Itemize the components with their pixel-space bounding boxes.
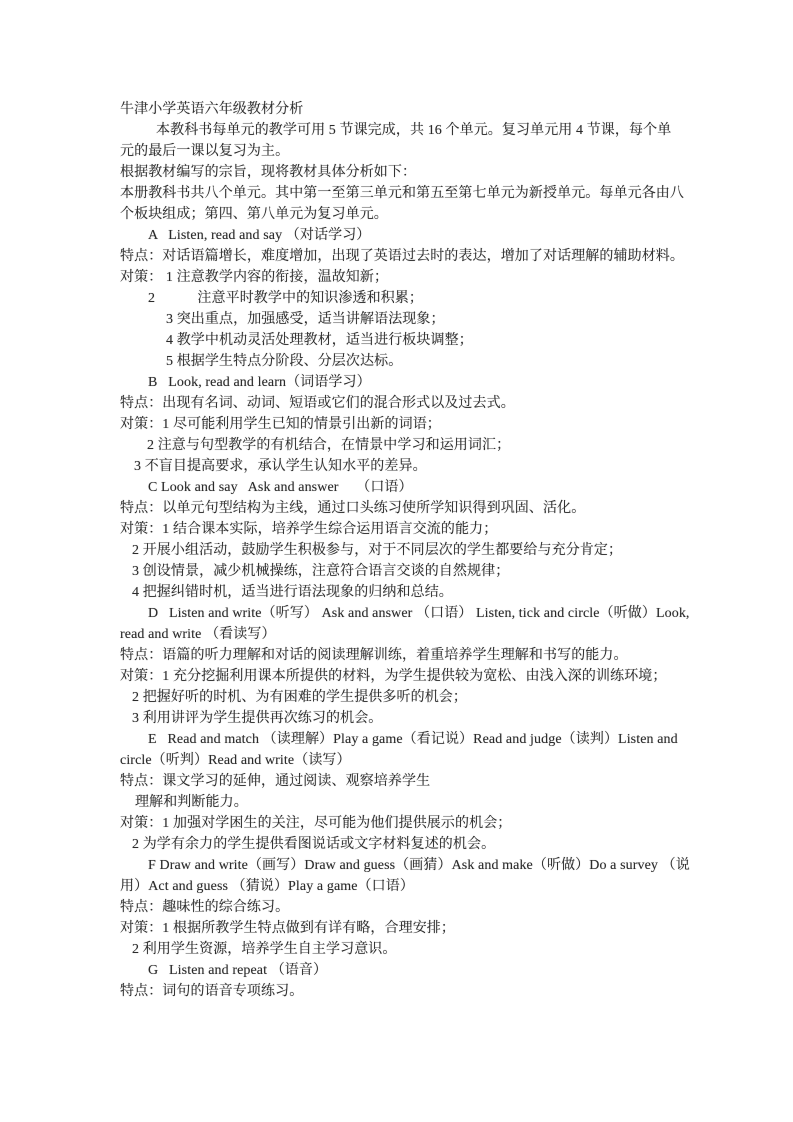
document-line: 特点：出现有名词、动词、短语或它们的混合形式以及过去式。 bbox=[120, 393, 680, 414]
document-line: 2 注意与句型教学的有机结合，在情景中学习和运用词汇； bbox=[120, 435, 680, 456]
document-line: 4 把握纠错时机，适当进行语法现象的归纳和总结。 bbox=[120, 582, 680, 603]
document-line: 5 根据学生特点分阶段、分层次达标。 bbox=[120, 351, 680, 372]
document-line: 3 突出重点，加强感受，适当讲解语法现象； bbox=[120, 309, 680, 330]
document-line: 用）Act and guess （猜说）Play a game（口语） bbox=[120, 876, 680, 897]
document-body: 牛津小学英语六年级教材分析本教科书每单元的教学可用 5 节课完成，共 16 个单… bbox=[120, 99, 680, 1002]
document-line: 对策：1 结合课本实际，培养学生综合运用语言交流的能力； bbox=[120, 519, 680, 540]
document-line: 个板块组成；第四、第八单元为复习单元。 bbox=[120, 204, 680, 225]
document-line: B Look, read and learn（词语学习） bbox=[120, 372, 680, 393]
document-line: 根据教材编写的宗旨，现将教材具体分析如下： bbox=[120, 162, 680, 183]
document-line: 对策：1 充分挖掘利用课本所提供的材料，为学生提供较为宽松、由浅入深的训练环境； bbox=[120, 666, 680, 687]
document-line: 特点：语篇的听力理解和对话的阅读理解训练，着重培养学生理解和书写的能力。 bbox=[120, 645, 680, 666]
document-line: 对策： 1 注意教学内容的衔接，温故知新； bbox=[120, 267, 680, 288]
document-line: G Listen and repeat （语音） bbox=[120, 960, 680, 981]
document-line: 2 为学有余力的学生提供看图说话或文字材料复述的机会。 bbox=[120, 834, 680, 855]
document-line: 对策：1 加强对学困生的关注，尽可能为他们提供展示的机会； bbox=[120, 813, 680, 834]
document-line: 4 教学中机动灵活处理教材，适当进行板块调整； bbox=[120, 330, 680, 351]
document-line: 3 不盲目提高要求，承认学生认知水平的差异。 bbox=[120, 456, 680, 477]
document-line: E Read and match （读理解）Play a game（看记说）Re… bbox=[120, 729, 680, 750]
document-line: 2 开展小组活动，鼓励学生积极参与，对于不同层次的学生都要给与充分肯定； bbox=[120, 540, 680, 561]
document-line: 特点：词句的语音专项练习。 bbox=[120, 981, 680, 1002]
document-line: 2 注意平时教学中的知识渗透和积累； bbox=[120, 288, 680, 309]
document-line: D Listen and write（听写） Ask and answer （口… bbox=[120, 603, 680, 624]
document-line: 特点：以单元句型结构为主线，通过口头练习使所学知识得到巩固、活化。 bbox=[120, 498, 680, 519]
document-line: C Look and say Ask and answer （口语） bbox=[120, 477, 680, 498]
document-line: 元的最后一课以复习为主。 bbox=[120, 141, 680, 162]
document-line: 特点：趣味性的综合练习。 bbox=[120, 897, 680, 918]
document-line: 3 利用讲评为学生提供再次练习的机会。 bbox=[120, 708, 680, 729]
document-line: 对策：1 尽可能利用学生已知的情景引出新的词语； bbox=[120, 414, 680, 435]
document-line: 3 创设情景，减少机械操练，注意符合语言交谈的自然规律； bbox=[120, 561, 680, 582]
document-line: 特点：课文学习的延伸，通过阅读、观察培养学生 bbox=[120, 771, 680, 792]
document-title: 牛津小学英语六年级教材分析 bbox=[120, 99, 680, 120]
document-line: circle（听判）Read and write（读写） bbox=[120, 750, 680, 771]
document-line: 2 利用学生资源，培养学生自主学习意识。 bbox=[120, 939, 680, 960]
document-page: 牛津小学英语六年级教材分析本教科书每单元的教学可用 5 节课完成，共 16 个单… bbox=[0, 0, 793, 1122]
document-line: A Listen, read and say （对话学习） bbox=[120, 225, 680, 246]
document-line: 特点：对话语篇增长，难度增加，出现了英语过去时的表达，增加了对话理解的辅助材料。 bbox=[120, 246, 680, 267]
document-line: 本教科书每单元的教学可用 5 节课完成，共 16 个单元。复习单元用 4 节课，… bbox=[120, 120, 680, 141]
document-line: read and write （看读写） bbox=[120, 624, 680, 645]
document-line: 理解和判断能力。 bbox=[120, 792, 680, 813]
document-line: F Draw and write（画写）Draw and guess（画猜）As… bbox=[120, 855, 680, 876]
document-line: 对策：1 根据所教学生特点做到有详有略，合理安排； bbox=[120, 918, 680, 939]
document-line: 2 把握好听的时机、为有困难的学生提供多听的机会； bbox=[120, 687, 680, 708]
document-line: 本册教科书共八个单元。其中第一至第三单元和第五至第七单元为新授单元。每单元各由八 bbox=[120, 183, 680, 204]
